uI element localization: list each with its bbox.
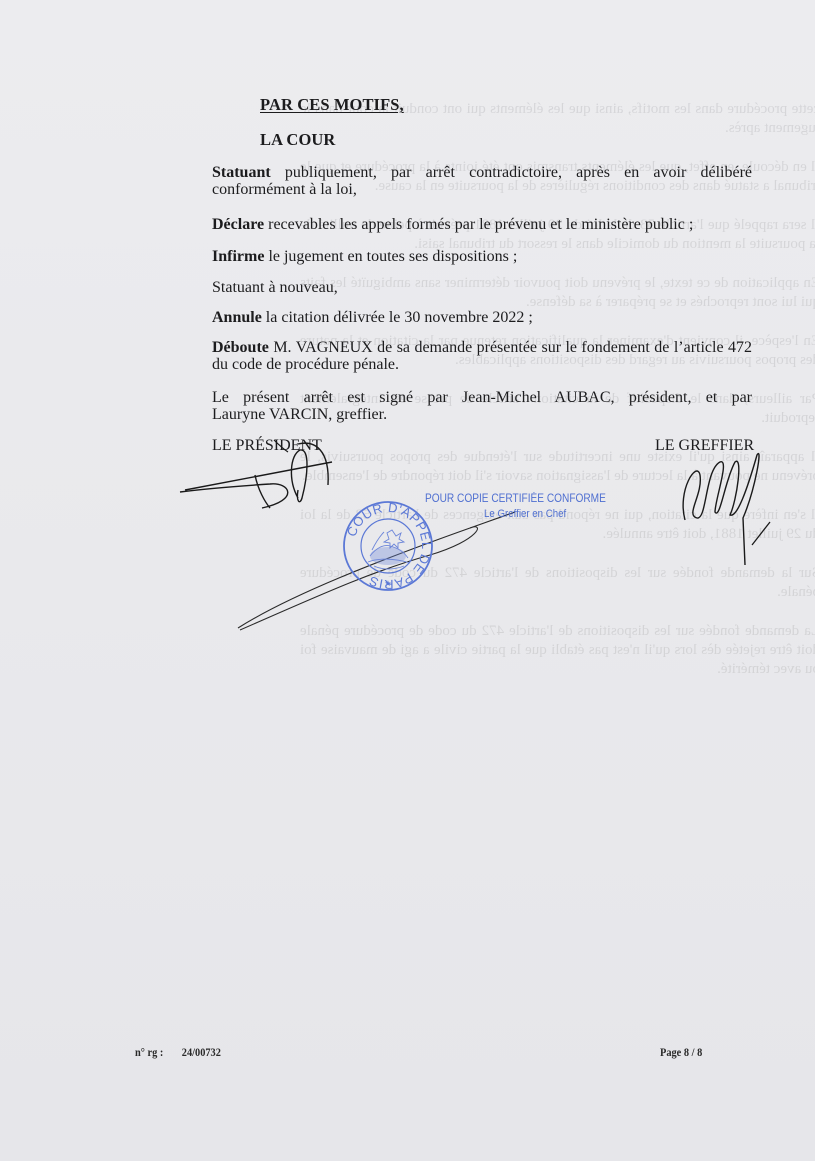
footer-page-number: Page 8 / 8 bbox=[660, 1047, 702, 1059]
ruling-keyword: Annule bbox=[212, 309, 262, 326]
signatory-president-label: LE PRÉSIDENT bbox=[212, 437, 322, 455]
ruling-keyword: Statuant bbox=[212, 164, 271, 181]
ruling-text: le jugement en toutes ses dispositions ; bbox=[264, 248, 517, 265]
heading-la-cour: LA COUR bbox=[260, 130, 335, 150]
ruling-paragraph-annule: Annule la citation délivrée le 30 novemb… bbox=[212, 309, 752, 326]
ruling-text: M. VAGNEUX de sa demande présentée sur l… bbox=[212, 339, 752, 373]
ruling-text: la citation délivrée le 30 novembre 2022… bbox=[262, 309, 533, 326]
heading-par-ces-motifs: PAR CES MOTIFS, bbox=[260, 95, 404, 115]
ruling-paragraph-statuant: Statuant publiquement, par arrêt contrad… bbox=[212, 164, 752, 198]
greffier-signature bbox=[675, 450, 785, 565]
ruling-keyword: Déboute bbox=[212, 339, 269, 356]
certification-line1: POUR COPIE CERTIFIÉE CONFORME bbox=[425, 493, 606, 505]
ruling-keyword: Infirme bbox=[212, 248, 264, 265]
signature-statement-line1: Le présent arrêt est signé par Jean-Mich… bbox=[212, 389, 752, 406]
rg-label: n° rg : bbox=[135, 1047, 182, 1059]
certification-stamp-text: POUR COPIE CERTIFIÉE CONFORME Le Greffie… bbox=[425, 493, 606, 520]
signatory-greffier-label: LE GREFFIER bbox=[655, 437, 754, 455]
ruling-paragraph-statuant-a-nouveau: Statuant à nouveau, bbox=[212, 279, 752, 296]
ruling-text: recevables les appels formés par le prév… bbox=[264, 216, 693, 233]
ruling-text: Statuant à nouveau, bbox=[212, 279, 338, 296]
certification-line2: Le Greffier en Chef bbox=[444, 508, 606, 520]
signature-statement: Le présent arrêt est signé par Jean-Mich… bbox=[212, 389, 752, 423]
ruling-text: publiquement, par arrêt contradictoire, … bbox=[212, 164, 752, 198]
footer-case-number: n° rg :24/00732 bbox=[135, 1047, 221, 1059]
ruling-keyword: Déclare bbox=[212, 216, 264, 233]
ruling-paragraph-deboute: Déboute M. VAGNEUX de sa demande présent… bbox=[212, 339, 752, 373]
signature-statement-line2: Lauryne VARCIN, greffier. bbox=[212, 406, 387, 423]
ruling-paragraph-declare: Déclare recevables les appels formés par… bbox=[212, 216, 752, 233]
court-seal-stamp: COUR D'APPEL DE PARIS ★ bbox=[342, 500, 434, 592]
seal-star-icon: ★ bbox=[384, 579, 391, 588]
rg-number: 24/00732 bbox=[182, 1047, 221, 1059]
ruling-paragraph-infirme: Infirme le jugement en toutes ses dispos… bbox=[212, 248, 752, 265]
show-through-paragraph: La demande fondée sur les dispositions d… bbox=[300, 622, 815, 679]
document-page: cette procédure dans les motifs, ainsi q… bbox=[0, 0, 815, 1161]
